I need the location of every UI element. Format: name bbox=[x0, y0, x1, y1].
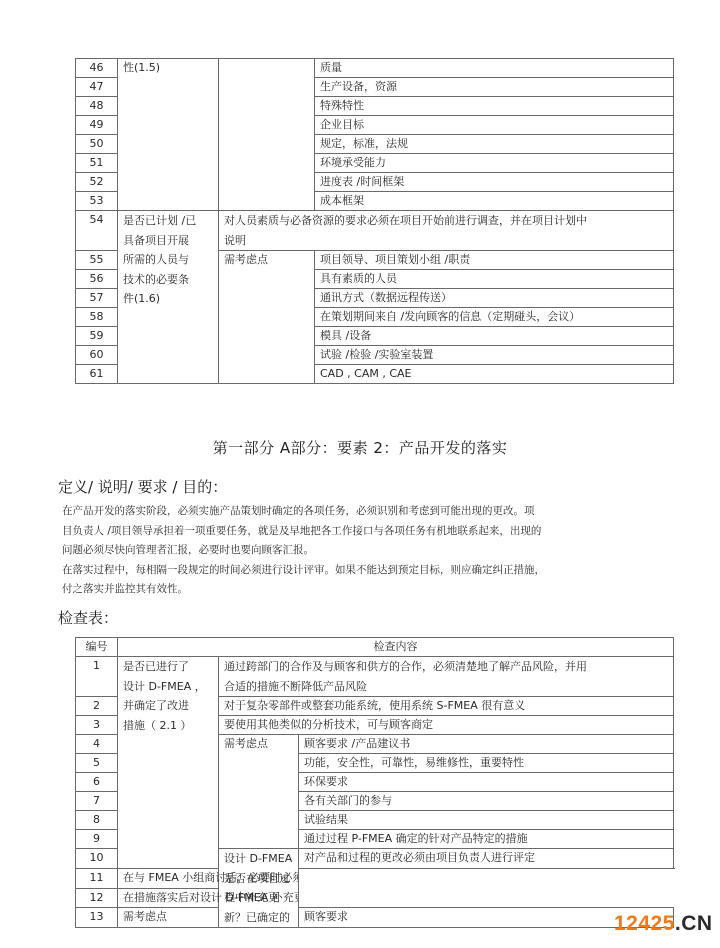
requirements-table-continued: 46 性(1.5) 质量 47 生产设备，资源 48 特殊特性 49 企业目标 … bbox=[75, 58, 674, 384]
site-watermark: 12425.CN bbox=[614, 912, 713, 936]
content-cell: 试验 /检验 /实验室装置 bbox=[315, 346, 674, 365]
row-number: 56 bbox=[76, 270, 118, 289]
row-number: 50 bbox=[76, 135, 118, 154]
row-number: 2 bbox=[76, 697, 118, 716]
paragraph-line: 在产品开发的落实阶段，必须实施产品策划时确定的各项任务，必须识别和考虑到可能出现… bbox=[62, 502, 662, 522]
content-cell: 通讯方式（数据远程传送） bbox=[315, 289, 674, 308]
content-cell: 在措施落实后对设计 D-FMEA 补充更新（设计评审） ，使其符合现状 bbox=[118, 888, 299, 908]
row-number: 49 bbox=[76, 116, 118, 135]
paragraph-line: 目负责人 /项目领导承担着一项重要任务，就是及早地把各工作接口与各项任务有机地联… bbox=[62, 522, 662, 542]
row-number: 12 bbox=[76, 888, 118, 908]
row-number: 5 bbox=[76, 754, 118, 773]
row-number: 8 bbox=[76, 811, 118, 830]
content-line: 通过跨部门的合作及与顾客和供方的合作，必须清楚地了解产品风险，并用 bbox=[224, 657, 668, 677]
paragraph-line: 付之落实并监控其有效性。 bbox=[62, 580, 662, 600]
consider-cell: 需考虑点 bbox=[118, 908, 219, 928]
row-number: 6 bbox=[76, 773, 118, 792]
row-number: 61 bbox=[76, 365, 118, 384]
item-line: 新？已确定的 bbox=[224, 908, 293, 928]
item-cell: 是否已进行了 设计 D-FMEA ， 并确定了改进 措施（ 2.1 ） bbox=[118, 657, 219, 869]
item-line: 是否已进行了 bbox=[123, 657, 213, 677]
item-line: 件(1.6) bbox=[123, 289, 213, 309]
content-cell: 在与 FMEA 小组商讨后，必要时必须进行新的分析 bbox=[118, 868, 299, 888]
row-number: 52 bbox=[76, 173, 118, 192]
content-cell: 成本框架 bbox=[315, 192, 674, 211]
row-number: 60 bbox=[76, 346, 118, 365]
row-number: 53 bbox=[76, 192, 118, 211]
row-number: 46 bbox=[76, 59, 118, 78]
content-cell: 功能，安全性，可靠性，易维修性，重要特性 bbox=[299, 754, 674, 773]
consider-cell bbox=[219, 59, 315, 211]
row-number: 7 bbox=[76, 792, 118, 811]
consider-cell: 需考虑点 bbox=[219, 251, 315, 384]
content-cell: 特殊特性 bbox=[315, 97, 674, 116]
table-row: 12 在措施落实后对设计 D-FMEA 补充更新（设计评审） ，使其符合现状 bbox=[76, 888, 674, 908]
row-number: 47 bbox=[76, 78, 118, 97]
row-number: 57 bbox=[76, 289, 118, 308]
content-cell: 规定，标准，法规 bbox=[315, 135, 674, 154]
item-line: 是否已计划 /已 bbox=[123, 211, 213, 231]
paragraph-line: 问题必须尽快向管理者汇报，必要时也要向顾客汇报。 bbox=[62, 541, 662, 561]
content-cell: 质量 bbox=[315, 59, 674, 78]
row-number: 4 bbox=[76, 735, 118, 754]
content-cell: 项目领导、项目策划小组 /职责 bbox=[315, 251, 674, 270]
item-line: 并确定了改进 bbox=[123, 696, 213, 716]
content-line: 合适的措施不断降低产品风险 bbox=[224, 677, 668, 697]
row-number: 55 bbox=[76, 251, 118, 270]
watermark-digits: 12425 bbox=[614, 912, 675, 935]
content-cell: 对人员素质与必备资源的要求必须在项目开始前进行调查，并在项目计划中 说明 bbox=[219, 211, 674, 251]
item-cell: 是否已计划 /已 具备项目开展 所需的人员与 技术的必要条 件(1.6) bbox=[118, 211, 219, 384]
content-cell: 各有关部门的参与 bbox=[299, 792, 674, 811]
content-cell: 在策划期间来自 /发向顾客的信息（定期碰头，会议） bbox=[315, 308, 674, 327]
item-line: 设计 D-FMEA ， bbox=[123, 677, 213, 697]
section-title: 第一部分 A部分：要素 2：产品开发的落实 bbox=[0, 437, 720, 458]
checklist-table: 编号 检查内容 1 是否已进行了 设计 D-FMEA ， 并确定了改进 措施（ … bbox=[75, 637, 674, 928]
item-line: 措施（ 2.1 ） bbox=[123, 716, 213, 736]
table-row: 11 在与 FMEA 小组商讨后，必要时必须进行新的分析 bbox=[76, 868, 674, 888]
content-cell: 对于复杂零部件或整套功能系统，使用系统 S-FMEA 很有意义 bbox=[219, 697, 674, 716]
content-cell: 通过跨部门的合作及与顾客和供方的合作，必须清楚地了解产品风险，并用 合适的措施不… bbox=[219, 657, 674, 697]
item-line: 具备项目开展 bbox=[123, 231, 213, 251]
content-cell: 顾客要求 /产品建议书 bbox=[299, 735, 674, 754]
table-row: 13 需考虑点 顾客要求 bbox=[76, 908, 674, 928]
header-number: 编号 bbox=[76, 638, 118, 657]
content-cell: 试验结果 bbox=[299, 811, 674, 830]
row-number: 54 bbox=[76, 211, 118, 251]
row-number: 11 bbox=[76, 868, 118, 888]
row-number: 48 bbox=[76, 97, 118, 116]
content-cell: 生产设备，资源 bbox=[315, 78, 674, 97]
content-line: 说明 bbox=[224, 231, 668, 251]
row-number: 1 bbox=[76, 657, 118, 697]
item-line: 设计 D-FMEA bbox=[224, 849, 293, 869]
row-number: 13 bbox=[76, 908, 118, 928]
table-row: 46 性(1.5) 质量 bbox=[76, 59, 674, 78]
content-cell: 进度表 /时间框架 bbox=[315, 173, 674, 192]
header-content: 检查内容 bbox=[118, 638, 674, 657]
row-number: 51 bbox=[76, 154, 118, 173]
table-row: 1 是否已进行了 设计 D-FMEA ， 并确定了改进 措施（ 2.1 ） 通过… bbox=[76, 657, 674, 697]
row-number: 3 bbox=[76, 716, 118, 735]
table-row: 54 是否已计划 /已 具备项目开展 所需的人员与 技术的必要条 件(1.6) … bbox=[76, 211, 674, 251]
content-cell: 模具 /设备 bbox=[315, 327, 674, 346]
table-header-row: 编号 检查内容 bbox=[76, 638, 674, 657]
content-cell: 对产品和过程的更改必须由项目负责人进行评定 bbox=[299, 849, 674, 869]
row-number: 9 bbox=[76, 830, 118, 849]
definition-paragraph: 在产品开发的落实阶段，必须实施产品策划时确定的各项任务，必须识别和考虑到可能出现… bbox=[62, 502, 662, 600]
content-line: 对人员素质与必备资源的要求必须在项目开始前进行调查，并在项目计划中 bbox=[224, 211, 668, 231]
content-cell: 环境承受能力 bbox=[315, 154, 674, 173]
row-number: 58 bbox=[76, 308, 118, 327]
row-number: 10 bbox=[76, 849, 118, 869]
consider-cell: 需考虑点 bbox=[219, 735, 299, 849]
paragraph-line: 在落实过程中，每相隔一段规定的时间必须进行设计评审。如果不能达到预定目标，则应确… bbox=[62, 561, 662, 581]
content-cell: 通过过程 P-FMEA 确定的针对产品特定的措施 bbox=[299, 830, 674, 849]
item-line: 所需的人员与 bbox=[123, 250, 213, 270]
content-cell: 企业目标 bbox=[315, 116, 674, 135]
row-number: 59 bbox=[76, 327, 118, 346]
item-cell: 性(1.5) bbox=[118, 59, 219, 211]
content-cell: 要使用其他类似的分析技术，可与顾客商定 bbox=[219, 716, 674, 735]
watermark-tld: .CN bbox=[675, 912, 713, 935]
content-cell: CAD , CAM , CAE bbox=[315, 365, 674, 384]
content-cell: 环保要求 bbox=[299, 773, 674, 792]
item-line: 技术的必要条 bbox=[123, 270, 213, 290]
content-cell: 具有素质的人员 bbox=[315, 270, 674, 289]
definition-heading: 定义/ 说明/ 要求 / 目的： bbox=[58, 476, 227, 497]
checklist-heading: 检查表： bbox=[58, 607, 118, 628]
